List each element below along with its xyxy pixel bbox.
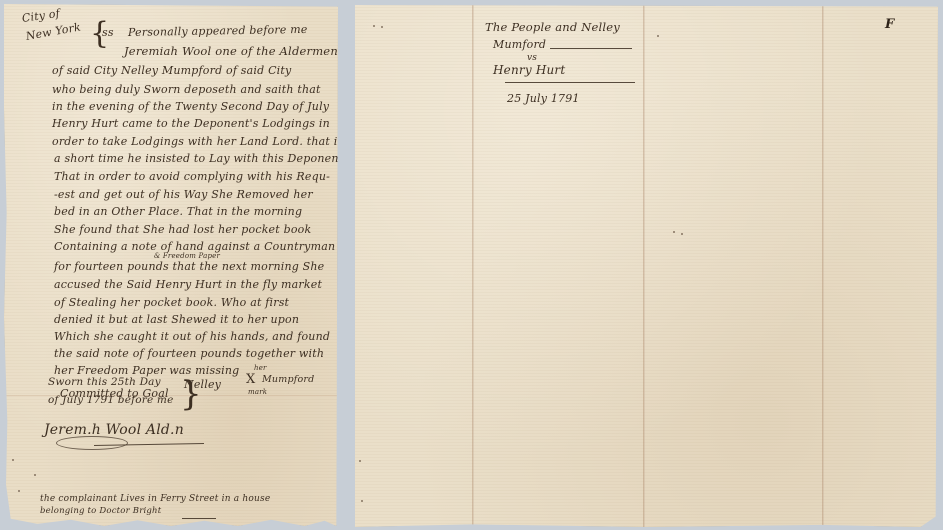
paper-fold-line [472, 5, 474, 527]
ink-spot [34, 474, 36, 476]
committed-note: Committed to Goal [60, 387, 169, 400]
ink-spot [381, 26, 383, 28]
affidavit-line: for fourteen pounds that the next mornin… [54, 260, 324, 273]
caption-new-york: New York [25, 20, 82, 42]
affidavit-line: the said note of fourteen pounds togethe… [54, 347, 324, 360]
affidavit-line: Which she caught it out of his hands, an… [54, 330, 330, 343]
signer-mark-x: X [246, 372, 255, 387]
document-viewer: City of New York { ss Personally appeare… [0, 0, 943, 530]
affidavit-line: That in order to avoid complying with hi… [54, 170, 330, 183]
ink-spot [361, 500, 363, 502]
affidavit-line: -est and get out of his Way She Removed … [54, 188, 313, 201]
affidavit-line: Personally appeared before me [128, 23, 308, 39]
affidavit-line: Jeremiah Wool one of the Aldermen [124, 44, 338, 58]
mark-label-her: her [254, 364, 267, 372]
footer-note-line: the complainant Lives in Ferry Street in… [40, 494, 270, 504]
signer-name: Nelley [184, 378, 221, 391]
official-signature: Jerem.h Wool Ald.n [44, 422, 184, 438]
docket-cover-page: The People and Nelley Mumford vs Henry H… [355, 5, 938, 527]
paper-fold-line [822, 5, 824, 527]
affidavit-line: denied it but at last Shewed it to her u… [54, 313, 299, 326]
affidavit-line: accused the Said Henry Hurt in the fly m… [54, 278, 322, 291]
ink-spot [373, 25, 375, 27]
docket-date: 25 July 1791 [507, 92, 580, 105]
affidavit-line: bed in an Other Place. That in the morni… [54, 205, 302, 218]
affidavit-line: who being duly Sworn deposeth and saith … [52, 83, 321, 96]
mark-label-mark: mark [248, 388, 267, 396]
affidavit-line: a short time he insisted to Lay with thi… [54, 152, 343, 165]
affidavit-line: in the evening of the Twenty Second Day … [52, 100, 329, 113]
docket-title-line: Mumford [493, 38, 546, 51]
signature-flourish [56, 436, 128, 450]
ink-spot [657, 35, 659, 37]
ink-spot [681, 233, 683, 235]
affidavit-line: of said City Nelley Mumpford of said Cit… [52, 64, 291, 77]
affidavit-line: Henry Hurt came to the Deponent's Lodgin… [52, 117, 330, 130]
interlineation: & Freedom Paper [154, 252, 220, 260]
affidavit-line: order to take Lodgings with her Land Lor… [52, 135, 345, 148]
footer-note-line: belonging to Doctor Bright [40, 506, 161, 516]
ink-spot [18, 490, 20, 492]
folio-mark: F [885, 17, 894, 32]
docket-title-line: The People and Nelley [485, 20, 620, 34]
ink-spot [673, 231, 675, 233]
ink-spot [12, 459, 14, 461]
caption-ss: ss [102, 26, 114, 39]
docket-rule [505, 82, 635, 83]
docket-defendant: Henry Hurt [493, 63, 565, 77]
affidavit-line: She found that She had lost her pocket b… [54, 223, 311, 236]
affidavit-page: City of New York { ss Personally appeare… [4, 4, 338, 526]
docket-rule [550, 48, 632, 49]
footer-underline [182, 518, 216, 519]
paper-fold-line [643, 5, 645, 527]
affidavit-line: of Stealing her pocket book. Who at firs… [54, 296, 289, 309]
ink-spot [359, 460, 361, 462]
docket-versus: vs [527, 53, 537, 63]
caption-city-of: City of [21, 7, 61, 25]
signer-surname: Mumpford [262, 374, 314, 385]
